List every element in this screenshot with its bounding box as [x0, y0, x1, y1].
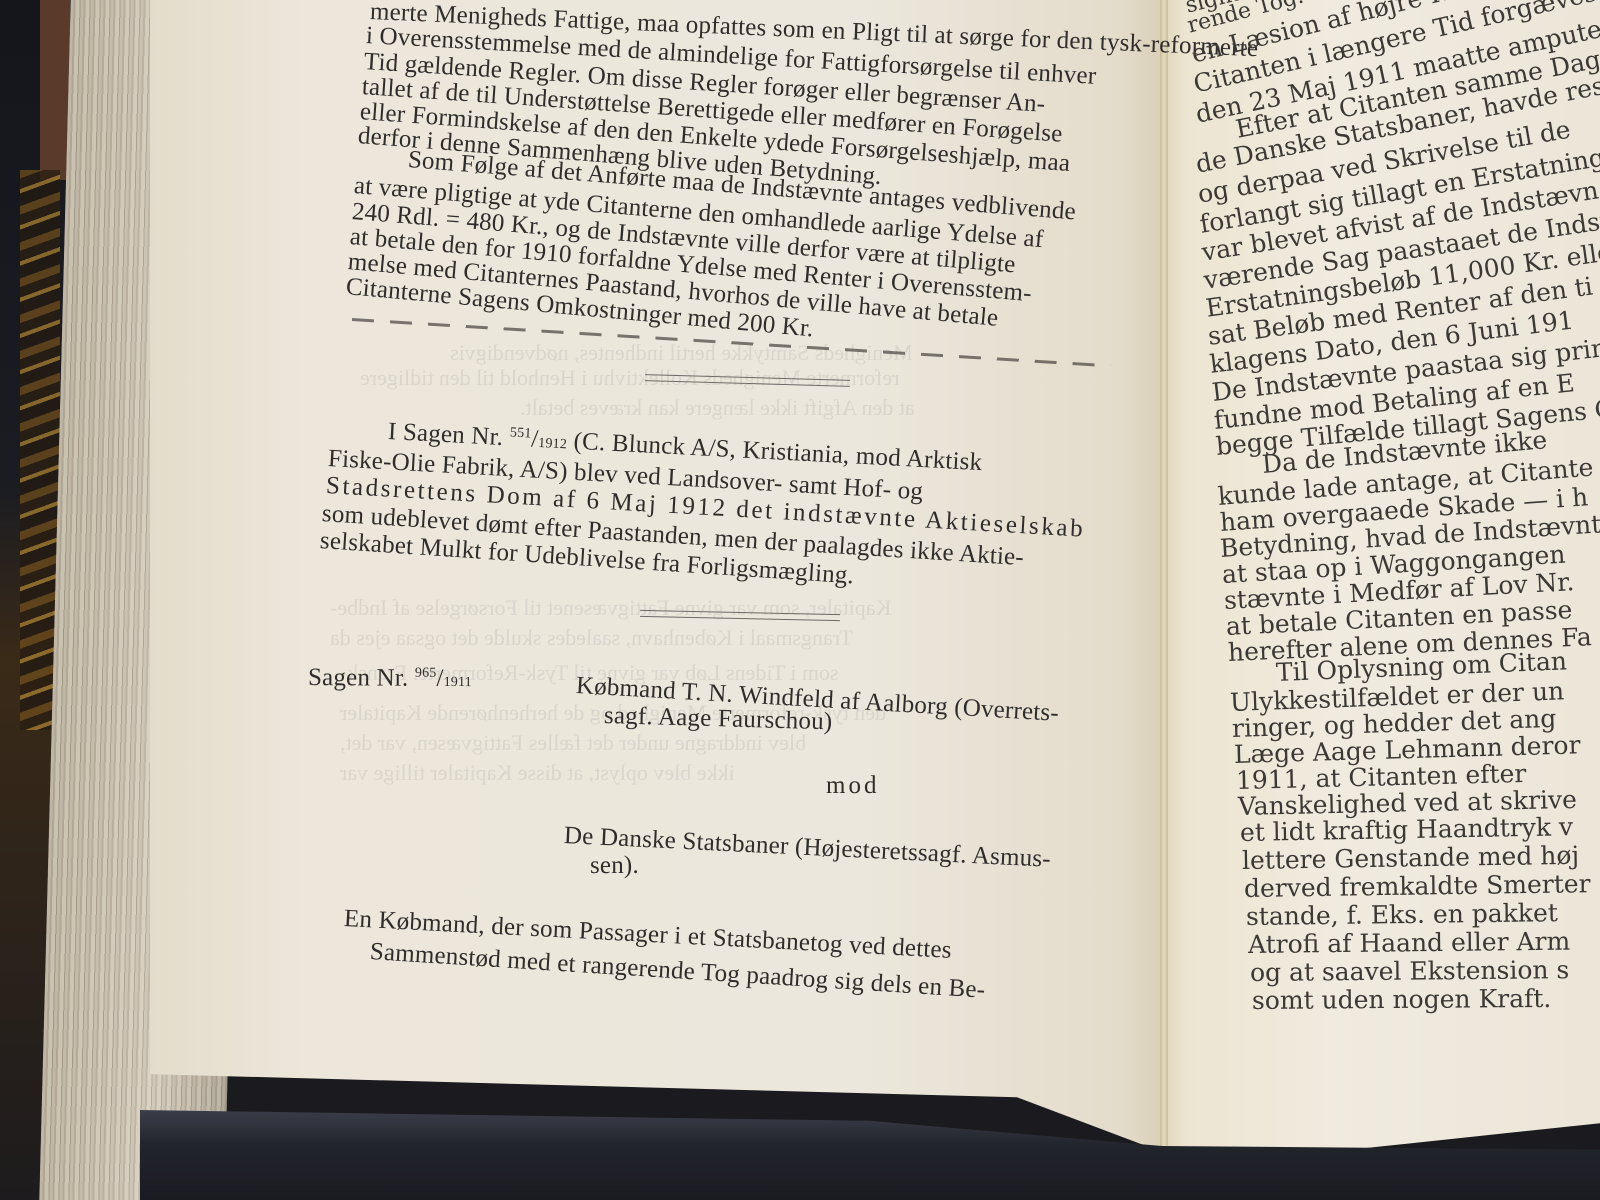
case-number-sup: 551	[510, 425, 532, 441]
text-line: stande, f. Eks. en pakket	[1246, 898, 1558, 931]
text-line: somt uden nogen Kraft.	[1252, 984, 1552, 1015]
show-through-text: blev inddragne under det fælles Fattigvæ…	[340, 730, 806, 756]
case-965-heading: Sagen Nr. 965/1911	[308, 664, 472, 693]
show-through-text: Menigheds Samtykke hertil indhentes, nød…	[450, 340, 913, 366]
case-number-sub: 1912	[538, 436, 568, 452]
versus-label: mod	[826, 772, 879, 800]
background-object	[40, 0, 70, 180]
show-through-text: at den Afgift ikke længere kan kræves be…	[520, 395, 915, 421]
book-gutter	[1160, 0, 1168, 1170]
text-line: og at saavel Ekstension s	[1250, 955, 1570, 987]
case-number-sup: 965	[415, 666, 437, 681]
show-through-text: ikke blev oplyst, at disse Kapitaler til…	[340, 760, 735, 786]
case-number-sub: 1911	[444, 675, 472, 690]
show-through-text: Trangsmaal i København, saaledes skulde …	[330, 625, 853, 651]
text-line: Atrofi af Haand eller Arm	[1248, 927, 1571, 959]
defendant-counsel-line: sen).	[590, 852, 639, 880]
